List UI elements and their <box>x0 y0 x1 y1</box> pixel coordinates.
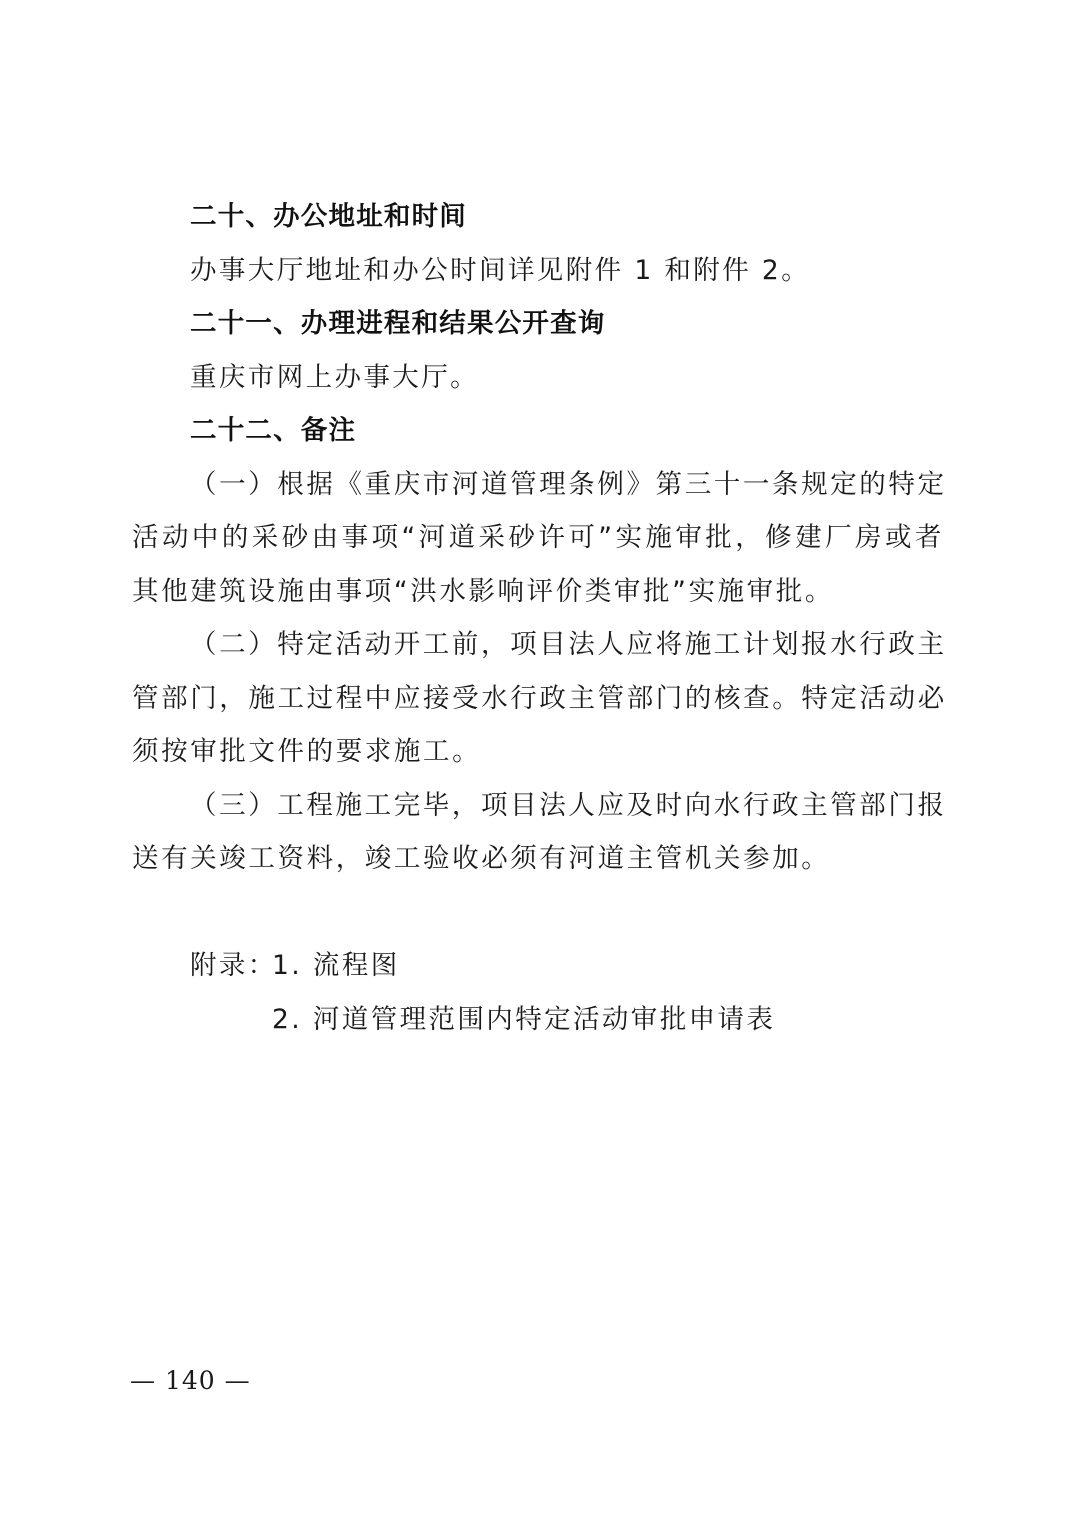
section-heading-office-address: 二十、办公地址和时间 <box>132 190 944 244</box>
paragraph-row: 活动中的采砂由事项“河道采砂许可”实施审批，修建厂房或者 <box>132 511 944 565</box>
blank-line <box>132 886 944 940</box>
appendix-row-1: 附录：1. 流程图 <box>132 939 944 993</box>
paragraph-row: （三）工程施工完毕，项目法人应及时向水行政主管部门报 <box>132 779 944 833</box>
paragraph-row: （二）特定活动开工前，项目法人应将施工计划报水行政主 <box>132 618 944 672</box>
section-heading-progress-query: 二十一、办理进程和结果公开查询 <box>132 297 944 351</box>
appendix-item: 1. 流程图 <box>272 950 400 981</box>
appendix-item: 2. 河道管理范围内特定活动审批申请表 <box>132 993 775 1047</box>
paragraph-row: 管部门，施工过程中应接受水行政主管部门的核查。特定活动必 <box>132 672 944 726</box>
paragraph-row: 须按审批文件的要求施工。 <box>132 725 944 779</box>
remark-paragraph-2: （二）特定活动开工前，项目法人应将施工计划报水行政主 管部门，施工过程中应接受水… <box>132 618 944 779</box>
appendix-row-2: 2. 河道管理范围内特定活动审批申请表 <box>132 993 944 1047</box>
paragraph-row: （一）根据《重庆市河道管理条例》第三十一条规定的特定 <box>132 458 944 512</box>
paragraph-row: 送有关竣工资料，竣工验收必须有河道主管机关参加。 <box>132 832 944 886</box>
paragraph-row: 其他建筑设施由事项“洪水影响评价类审批”实施审批。 <box>132 565 944 619</box>
section-body-office-address: 办事大厅地址和办公时间详见附件 1 和附件 2。 <box>132 244 944 298</box>
section-body-progress-query: 重庆市网上办事大厅。 <box>132 351 944 405</box>
section-heading-remarks: 二十二、备注 <box>132 404 944 458</box>
page-number: — 140 — <box>130 1366 251 1395</box>
remark-paragraph-3: （三）工程施工完毕，项目法人应及时向水行政主管部门报 送有关竣工资料，竣工验收必… <box>132 779 944 886</box>
document-page: 二十、办公地址和时间 办事大厅地址和办公时间详见附件 1 和附件 2。 二十一、… <box>132 190 944 1046</box>
remark-paragraph-1: （一）根据《重庆市河道管理条例》第三十一条规定的特定 活动中的采砂由事项“河道采… <box>132 458 944 619</box>
appendix-label: 附录： <box>132 939 272 993</box>
